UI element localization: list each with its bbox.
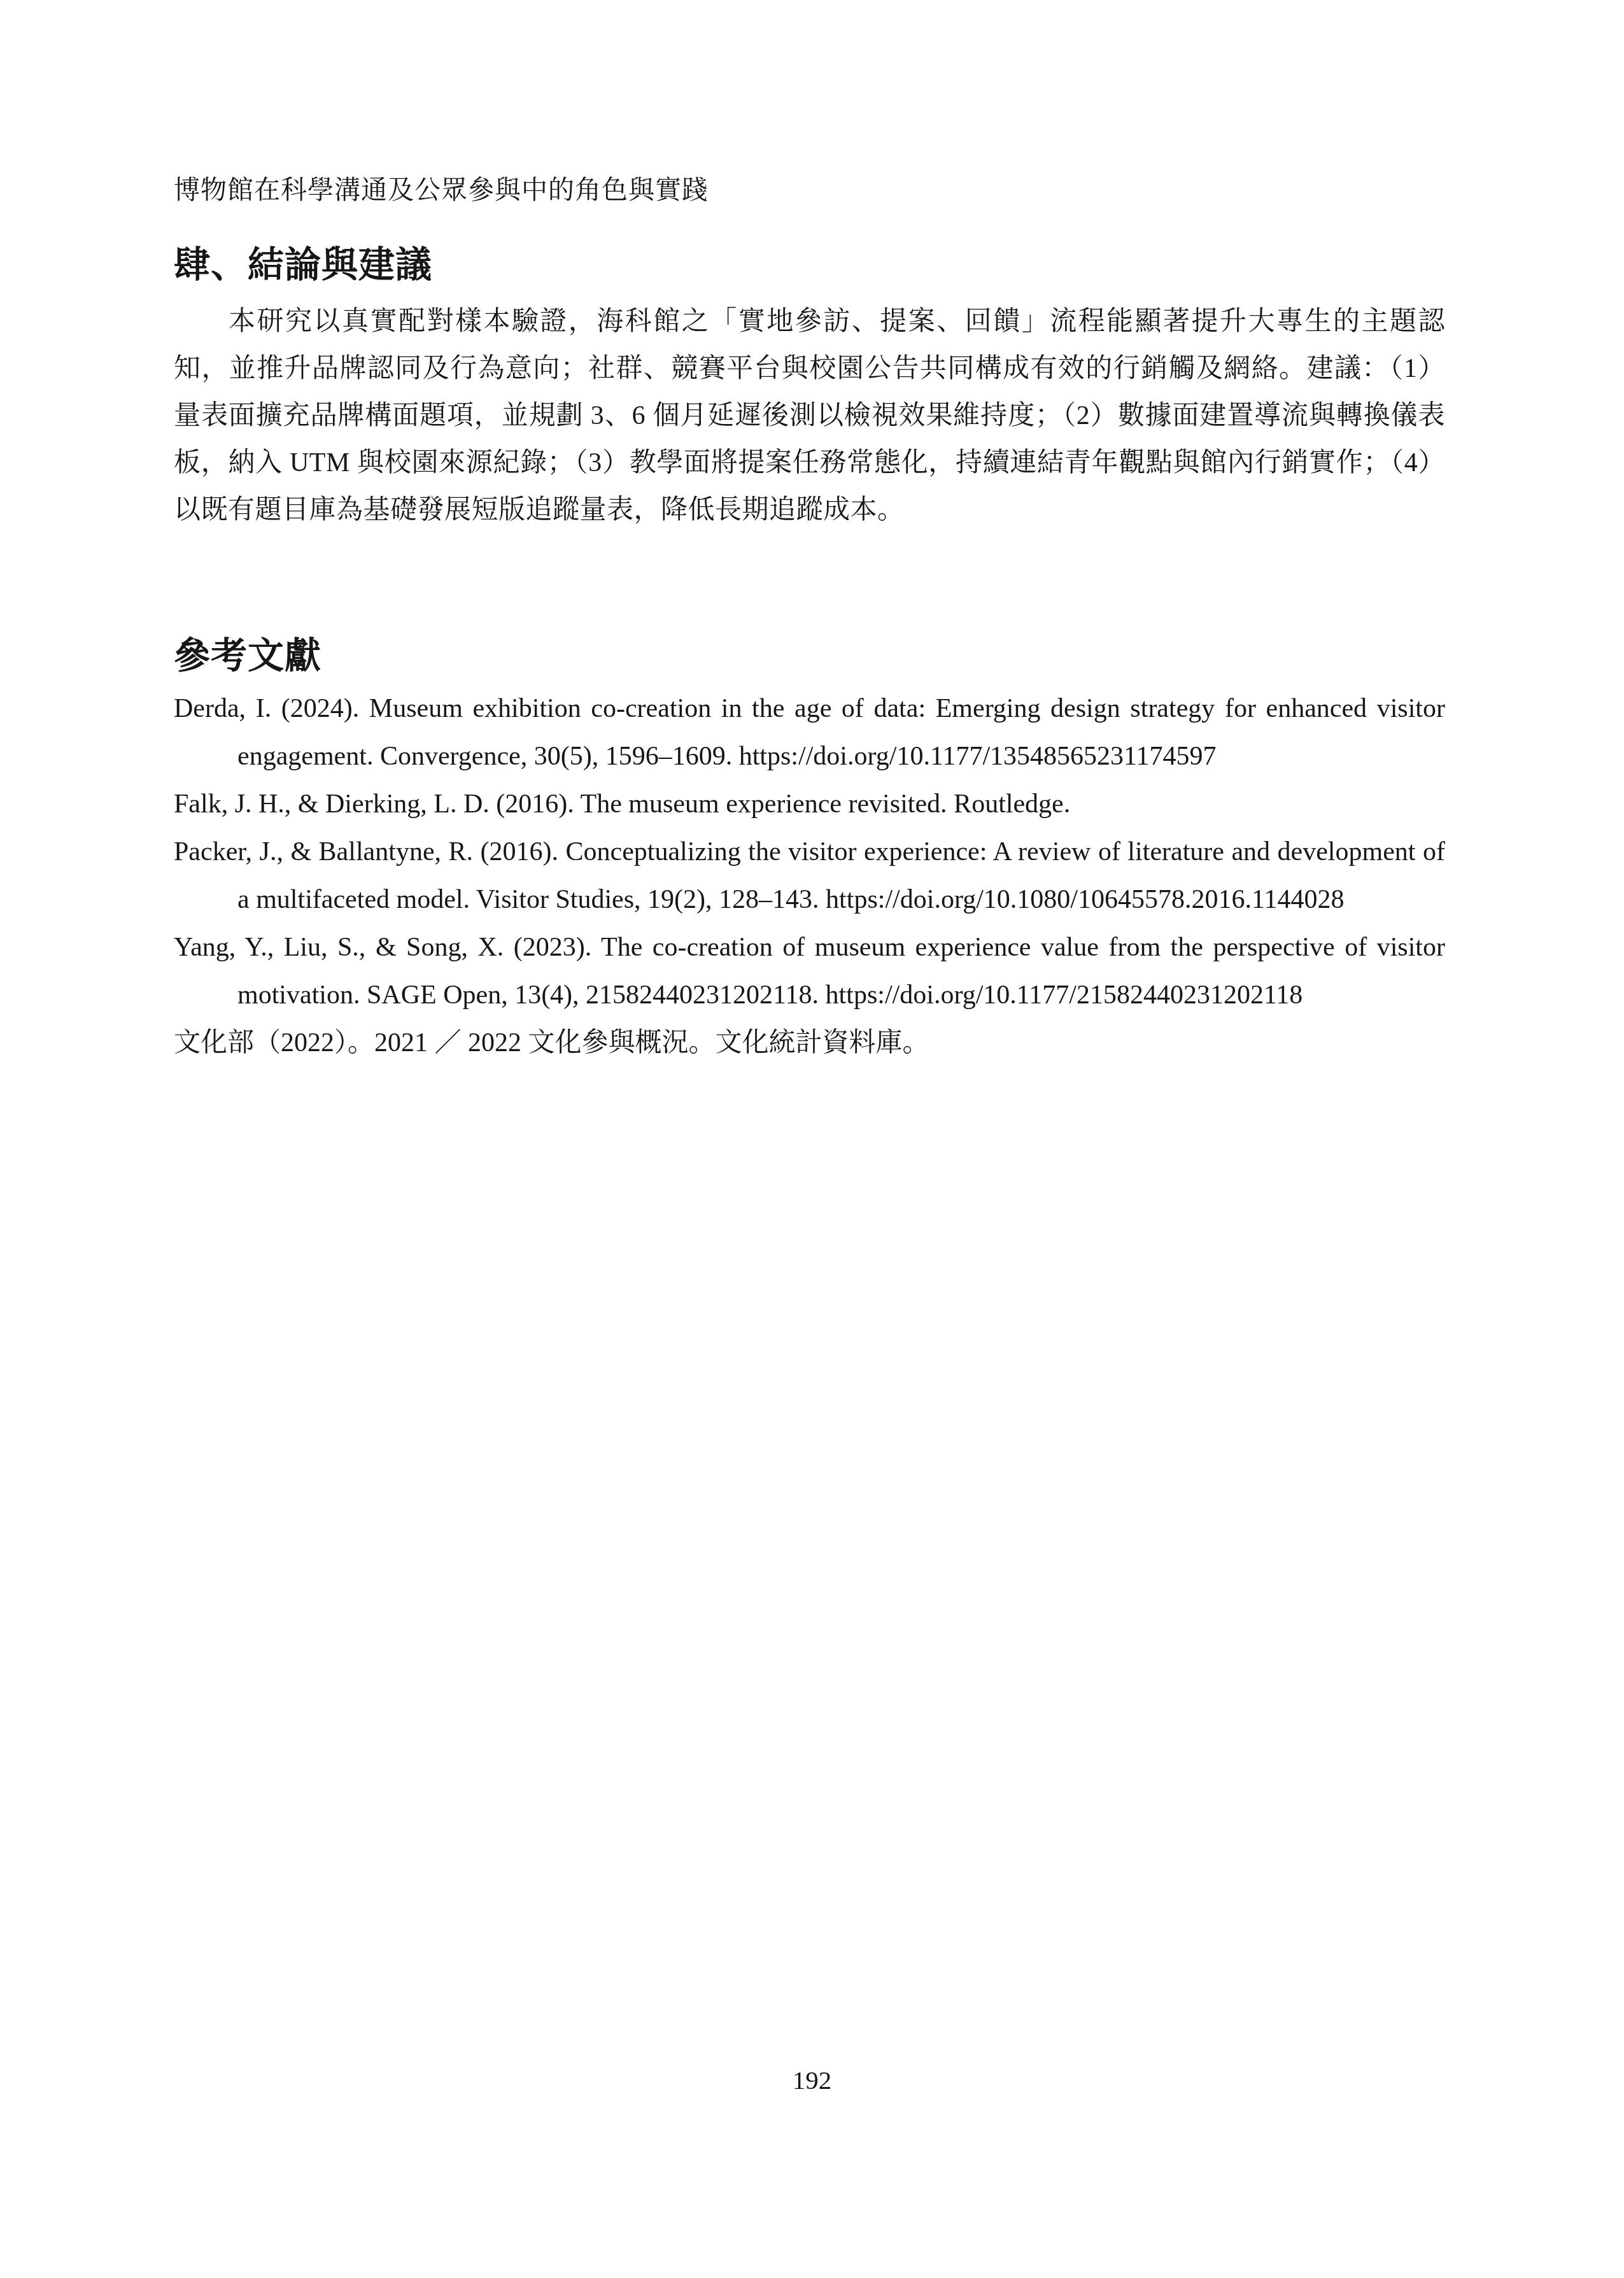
reference-item-falk-dierking-2016: Falk, J. H., & Dierking, L. D. (2016). T… bbox=[174, 781, 1445, 828]
page-number: 192 bbox=[0, 2065, 1624, 2095]
conclusion-paragraph: 本研究以真實配對樣本驗證，海科館之「實地參訪、提案、回饋」流程能顯著提升大專生的… bbox=[174, 298, 1445, 534]
reference-item-derda-2024: Derda, I. (2024). Museum exhibition co-c… bbox=[174, 685, 1445, 781]
reference-item-packer-ballantyne-2016: Packer, J., & Ballantyne, R. (2016). Con… bbox=[174, 828, 1445, 924]
reference-item-ministry-of-culture-2022: 文化部（2022）。2021 ／ 2022 文化參與概況。文化統計資料庫。 bbox=[174, 1019, 1445, 1067]
reference-item-yang-liu-song-2023: Yang, Y., Liu, S., & Song, X. (2023). Th… bbox=[174, 924, 1445, 1019]
document-page: 博物館在科學溝通及公眾參與中的角色與實踐 肆、結論與建議 本研究以真實配對樣本驗… bbox=[0, 0, 1624, 2278]
conclusion-section-heading: 肆、結論與建議 bbox=[174, 244, 1445, 287]
references-section-heading: 參考文獻 bbox=[174, 635, 1445, 677]
reference-list: Derda, I. (2024). Museum exhibition co-c… bbox=[174, 685, 1445, 1067]
running-head: 博物館在科學溝通及公眾參與中的角色與實踐 bbox=[174, 174, 1445, 205]
